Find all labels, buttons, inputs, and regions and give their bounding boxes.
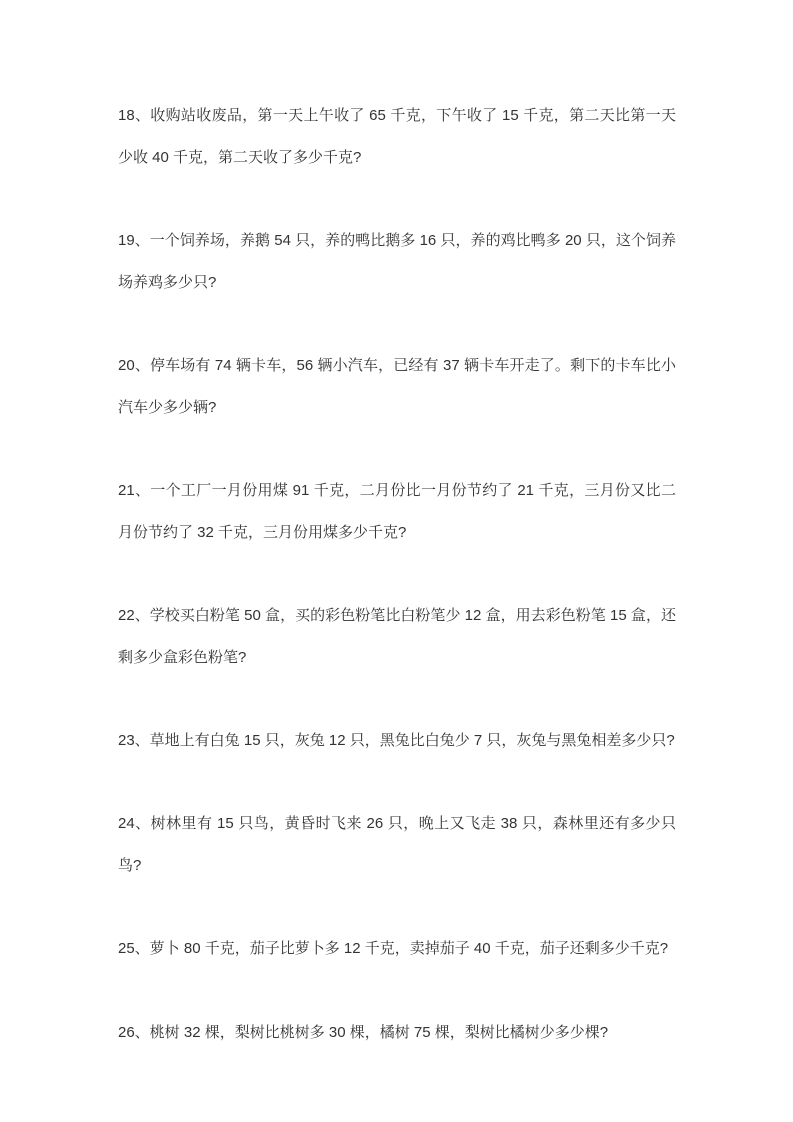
worksheet-content: 18、收购站收废品，第一天上午收了 65 千克，下午收了 15 千克，第二天比第… [118,95,676,1053]
problem-26: 26、桃树 32 棵，梨树比桃树多 30 棵，橘树 75 棵，梨树比橘树少多少棵… [118,1012,676,1054]
document-page: 18、收购站收废品，第一天上午收了 65 千克，下午收了 15 千克，第二天比第… [0,0,793,1122]
problem-20: 20、停车场有 74 辆卡车，56 辆小汽车，已经有 37 辆卡车开走了。剩下的… [118,345,676,428]
problem-19: 19、一个饲养场，养鹅 54 只，养的鸭比鹅多 16 只，养的鸡比鸭多 20 只… [118,220,676,303]
problem-23: 23、草地上有白兔 15 只，灰兔 12 只，黑兔比白兔少 7 只，灰兔与黑兔相… [118,720,676,762]
problem-24: 24、树林里有 15 只鸟，黄昏时飞来 26 只，晚上又飞走 38 只，森林里还… [118,803,676,886]
problem-18: 18、收购站收废品，第一天上午收了 65 千克，下午收了 15 千克，第二天比第… [118,95,676,178]
problem-22: 22、学校买白粉笔 50 盒，买的彩色粉笔比白粉笔少 12 盒，用去彩色粉笔 1… [118,595,676,678]
problem-25: 25、萝卜 80 千克，茄子比萝卜多 12 千克，卖掉茄子 40 千克，茄子还剩… [118,928,676,970]
problem-21: 21、一个工厂一月份用煤 91 千克，二月份比一月份节约了 21 千克，三月份又… [118,470,676,553]
